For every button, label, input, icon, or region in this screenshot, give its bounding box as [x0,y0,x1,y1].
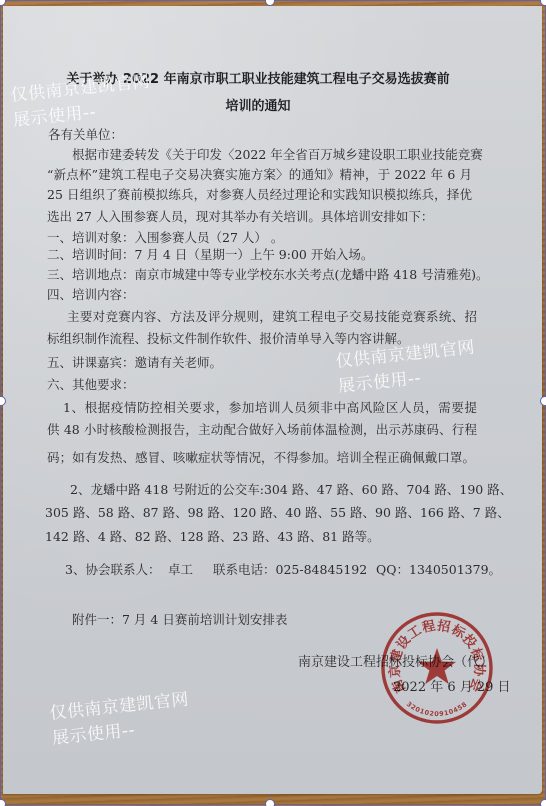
crop-selection-frame[interactable] [0,0,546,805]
crop-handle-right[interactable] [540,396,546,406]
crop-handle-bottom[interactable] [265,799,275,806]
crop-handle-bottom-right[interactable] [540,799,546,806]
